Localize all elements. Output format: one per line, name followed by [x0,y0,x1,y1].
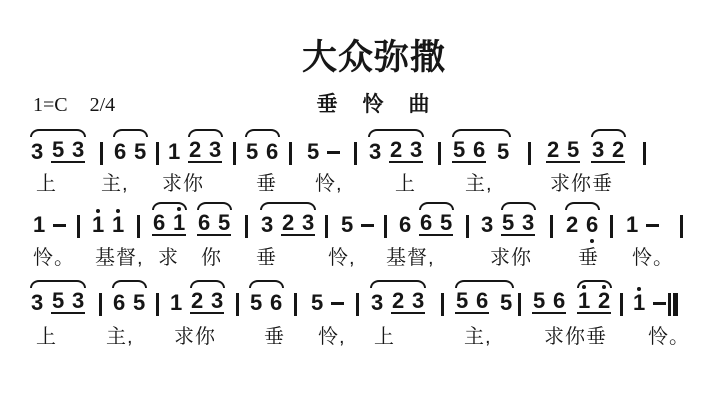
lyric-syllable: 怜。 [33,246,75,270]
note-digit: 3 [522,212,534,234]
note-digit: 3 [481,214,493,236]
dash-extension [53,224,66,227]
slur-arc [591,129,626,137]
note-digit: 6 [476,290,488,312]
final-barline-thin [668,293,671,316]
note-digit: 6 [266,141,278,163]
barline [325,215,328,238]
measure: 323 [261,214,326,236]
note-digit: 6 [113,292,125,314]
notation-line: 3536512356532356556121 [0,292,720,320]
beam-group: 56 [532,290,566,314]
note-digit: 3 [371,292,383,314]
note-digit: 1 [33,214,45,236]
song-title: 大众弥撒 [14,30,720,80]
slur-arc [501,202,536,210]
note-digit: 5 [440,212,452,234]
octave-dot-high [637,287,641,291]
note-digit: 3 [369,141,381,163]
slur-arc [370,280,426,288]
measure: 565 [452,141,517,163]
barline [294,293,297,316]
lyric-syllable: 怜, [315,172,343,196]
measure: 1 [633,292,666,314]
movement-title: 垂怜曲 [13,88,720,118]
note-digit: 2 [189,139,201,161]
barline [233,142,236,165]
slur-arc [30,280,86,288]
measure: 353 [31,292,96,314]
note-digit: 5 [500,292,512,314]
slur-arc [152,202,187,210]
lyric-syllable: 基督, [386,246,435,270]
beam-group: 56 [455,290,489,314]
note-digit: 5 [52,139,64,161]
barline [77,215,80,238]
barline [156,142,159,165]
beam-group: 32 [591,139,625,163]
note-digit: 5 [250,292,262,314]
note-digit: 6 [114,141,126,163]
dash-extension [327,151,340,154]
barline [680,215,683,238]
barline [643,142,646,165]
beam-group: 23 [190,290,224,314]
barline [518,293,521,316]
note-digit: 6 [553,290,565,312]
octave-dot-high [116,209,120,213]
beam-group: 23 [281,212,315,236]
beam-group: 25 [546,139,580,163]
slur-arc [260,202,316,210]
octave-dot-high [96,209,100,213]
note-digit: 5 [307,141,319,163]
slur-arc [577,280,612,288]
measure: 1 [33,214,66,236]
note-digit: 6 [586,214,598,236]
octave-dot-low [590,239,594,243]
measure: 56 [250,292,290,314]
lyrics-line: 上主,求你垂怜,上主,求你垂 [0,172,720,198]
measure: 323 [369,141,434,163]
note-digit: 3 [209,139,221,161]
slur-arc [565,202,600,210]
note-digit: 5 [533,290,545,312]
note-digit: 5 [134,141,146,163]
barline [610,215,613,238]
beam-group: 53 [51,290,85,314]
note-digit: 6 [198,212,210,234]
lyric-syllable: 垂 [256,246,277,270]
lyric-syllable: 垂 [256,172,277,196]
note-digit: 1 [173,212,185,234]
beam-group: 65 [419,212,453,236]
slur-arc [245,129,280,137]
barline [384,215,387,238]
measure: 5 [311,292,344,314]
slur-arc [249,280,284,288]
note-digit: 3 [592,139,604,161]
lyrics-line: 上主,求你垂怜,上主,求你垂怜。 [0,325,720,351]
barline [528,142,531,165]
lyric-syllable: 怜。 [632,246,674,270]
measure: 5612 [532,292,622,314]
lyric-syllable: 上 [36,172,57,196]
slur-arc [188,129,223,137]
beam-group: 12 [577,290,611,314]
beam-group: 65 [197,212,231,236]
note-digit: 5 [341,214,353,236]
measure: 5 [341,214,374,236]
measure: 353 [31,141,96,163]
lyric-syllable: 基督, [95,246,144,270]
note-digit: 3 [412,290,424,312]
lyric-syllable: 垂 [264,325,285,349]
slur-arc [190,280,225,288]
barline [99,293,102,316]
note-digit: 2 [392,290,404,312]
barline [441,293,444,316]
dash-extension [361,224,374,227]
measure: 2532 [546,141,636,163]
note-digit: 1 [633,292,645,314]
beam-group: 53 [501,212,535,236]
dash-extension [646,224,659,227]
lyric-syllable: 求你垂 [544,325,607,349]
note-digit: 5 [497,141,509,163]
slur-arc [419,202,454,210]
measure: 56 [246,141,286,163]
note-digit: 5 [502,212,514,234]
note-digit: 5 [567,139,579,161]
note-digit: 2 [612,139,624,161]
lyrics-line: 怜。基督,求你垂怜,基督,求你垂怜。 [0,246,720,272]
slur-arc [197,202,232,210]
note-digit: 3 [31,141,43,163]
note-digit: 6 [270,292,282,314]
slur-arc [368,129,424,137]
barline [236,293,239,316]
note-digit: 1 [170,292,182,314]
notation-line: 353651235653235652532 [0,141,720,169]
barline [100,142,103,165]
note-digit: 3 [410,139,422,161]
note-digit: 1 [112,214,124,236]
note-digit: 3 [211,290,223,312]
measure: 123 [168,141,233,163]
dash-extension [331,302,344,305]
lyric-syllable: 主, [465,172,493,196]
note-digit: 6 [153,212,165,234]
lyric-syllable: 主, [101,172,129,196]
slur-arc [30,129,86,137]
measure: 5 [307,141,340,163]
lyric-syllable: 怜, [318,325,346,349]
barline [245,215,248,238]
lyric-syllable: 求你 [162,172,204,196]
lyric-syllable: 主, [106,325,134,349]
lyric-syllable: 怜。 [648,325,690,349]
note-digit: 2 [566,214,578,236]
measure: 6165 [152,214,242,236]
lyric-syllable: 求你垂 [550,172,613,196]
lyric-syllable: 怜, [328,246,356,270]
beam-group: 53 [51,139,85,163]
note-digit: 6 [399,214,411,236]
note-digit: 2 [282,212,294,234]
lyric-syllable: 求你 [490,246,532,270]
beam-group: 23 [188,139,222,163]
sheet-music-page: 大众弥撒 1=C2/4 垂怜曲 353651235653235652532上主,… [0,0,720,418]
note-digit: 3 [72,139,84,161]
note-digit: 5 [453,139,465,161]
note-digit: 1 [578,290,590,312]
measure: 1 [626,214,659,236]
barline [550,215,553,238]
lyric-syllable: 上 [395,172,416,196]
note-digit: 3 [302,212,314,234]
measure: 65 [113,292,153,314]
note-digit: 1 [626,214,638,236]
dash-extension [653,302,666,305]
note-digit: 5 [246,141,258,163]
lyric-syllable: 求 [158,246,179,270]
measure: 565 [455,292,520,314]
barline [156,293,159,316]
note-digit: 6 [473,139,485,161]
beam-group: 23 [391,290,425,314]
note-digit: 3 [31,292,43,314]
beam-group: 56 [452,139,486,163]
barline [438,142,441,165]
notation-line: 11161653235665353261 [0,214,720,242]
final-barline-thick [673,293,678,316]
lyric-syllable: 你 [201,246,222,270]
lyric-syllable: 上 [374,325,395,349]
note-digit: 5 [52,290,64,312]
measure: 65 [114,141,154,163]
note-digit: 5 [311,292,323,314]
barline [354,142,357,165]
beam-group: 23 [389,139,423,163]
slur-arc [112,280,147,288]
barline [356,293,359,316]
note-digit: 1 [92,214,104,236]
note-digit: 5 [456,290,468,312]
barline [466,215,469,238]
note-digit: 2 [191,290,203,312]
note-digit: 5 [133,292,145,314]
lyric-syllable: 上 [36,325,57,349]
beam-group: 61 [152,212,186,236]
measure: 11 [92,214,124,236]
lyric-syllable: 求你 [174,325,216,349]
measure: 323 [371,292,436,314]
note-digit: 2 [598,290,610,312]
measure: 26 [566,214,606,236]
barline [137,215,140,238]
note-digit: 1 [168,141,180,163]
lyric-syllable: 垂 [578,246,599,270]
note-digit: 5 [218,212,230,234]
barline [620,293,623,316]
note-digit: 6 [420,212,432,234]
measure: 665 [399,214,464,236]
note-digit: 3 [72,290,84,312]
measure: 353 [481,214,546,236]
lyric-syllable: 主, [464,325,492,349]
note-digit: 2 [390,139,402,161]
note-digit: 2 [547,139,559,161]
slur-arc [113,129,148,137]
slur-arc [455,280,514,288]
barline [289,142,292,165]
measure: 123 [170,292,235,314]
note-digit: 3 [261,214,273,236]
slur-arc [452,129,511,137]
